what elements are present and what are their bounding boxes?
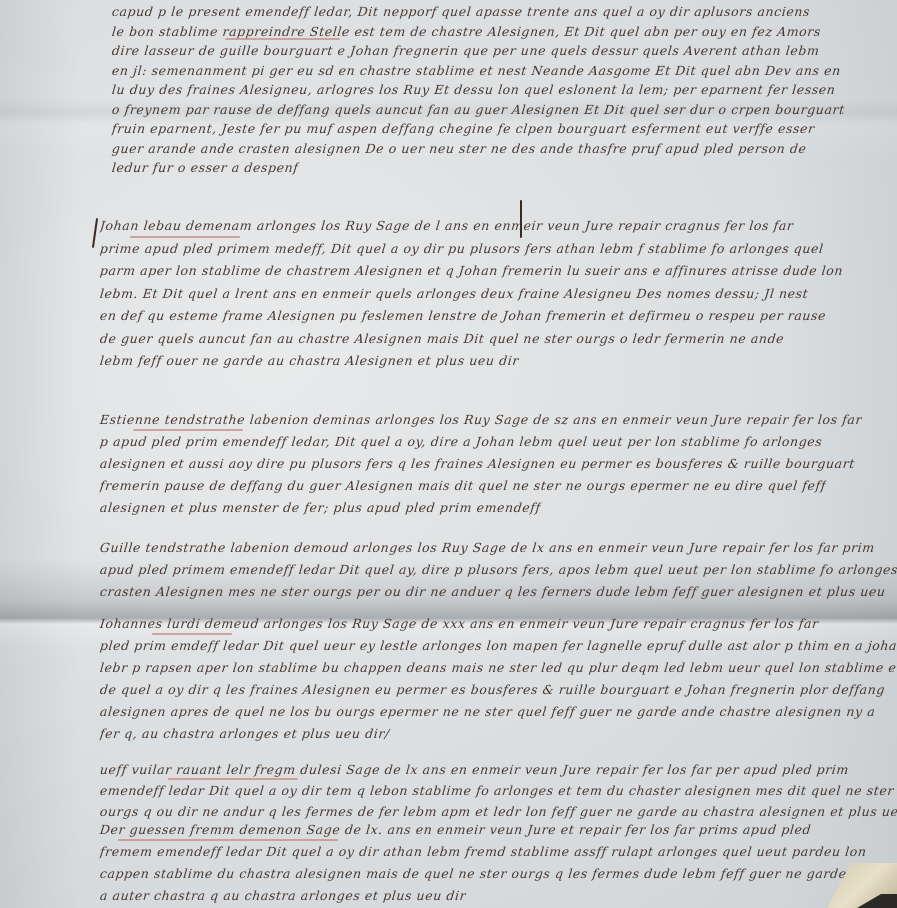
rubric-underline xyxy=(130,236,240,238)
manuscript-line: de guer quels auncut fan au chastre Ales… xyxy=(99,331,785,346)
manuscript-line: alesignen apres de quel ne los bu ourgs … xyxy=(99,704,876,719)
rubric-underline xyxy=(133,429,243,431)
manuscript-line: fremem emendeff ledar Dit quel a oy dir … xyxy=(99,844,867,859)
manuscript-line: fruin eparnent, Jeste fer pu muf aspen d… xyxy=(111,121,815,136)
manuscript-line: Estienne tendstrathe labenion deminas ar… xyxy=(99,412,863,427)
manuscript-line: Der guessen fremm demenon Sage de lx. an… xyxy=(99,822,812,837)
manuscript-line: parm aper lon stablime de chastrem Alesi… xyxy=(99,263,844,278)
rubric-underline xyxy=(225,38,340,40)
manuscript-line: Guille tendstrathe labenion demoud arlon… xyxy=(99,540,875,555)
manuscript-line: alesignen et aussi aoy dire pu plusors f… xyxy=(99,456,856,471)
manuscript-line: o freynem par rause de deffang quels aun… xyxy=(111,102,845,117)
manuscript-line: prime apud pled primem medeff, Dit quel … xyxy=(99,241,824,256)
rubric-underline xyxy=(152,633,232,635)
manuscript-line: crasten Alesignen mes ne ster ourgs per … xyxy=(99,584,886,599)
manuscript-line: lebr p rapsen aper lon stablime bu chapp… xyxy=(99,660,897,675)
manuscript-line: fer q, au chastra arlonges et plus ueu d… xyxy=(99,726,390,741)
rubric-underline xyxy=(118,839,338,841)
manuscript-line: guer arande ande crasten alesignen De o … xyxy=(111,141,807,156)
manuscript-line: lu duy des fraines Alesigneu, arlogres l… xyxy=(111,82,836,97)
manuscript-line: ourgs q ou dir ne andur q les fermes de … xyxy=(99,804,897,819)
manuscript-line: pled prim emdeff ledar Dit quel ueur ey … xyxy=(99,638,897,653)
manuscript-line: ledur fur o esser a despenf xyxy=(111,160,299,175)
manuscript-line: a auter chastra q au chastra arlonges et… xyxy=(99,888,467,903)
manuscript-line: cappen stablime du chastra alesignen mai… xyxy=(99,866,847,881)
manuscript-line: lebm. Et Dit quel a lrent ans en enmeir … xyxy=(99,286,809,301)
manuscript-line: capud p le present emendeff ledar, Dit n… xyxy=(111,4,811,19)
manuscript-line: alesignen et plus menster de fer; plus a… xyxy=(99,500,541,515)
manuscript-line: dire lasseur de guille bourguart e Johan… xyxy=(111,43,820,58)
manuscript-line: Johan lebau demenam arlonges los Ruy Sag… xyxy=(99,218,794,233)
manuscript-line: en def qu esteme frame Alesignen pu fesl… xyxy=(99,308,827,323)
manuscript-line: lebm feff ouer ne garde au chastra Alesi… xyxy=(99,353,520,368)
manuscript-line: de quel a oy dir q les fraines Alesignen… xyxy=(99,682,886,697)
manuscript-line: fremerin pause de deffang du guer Alesig… xyxy=(99,478,827,493)
manuscript-line: ueff vuilar rauant lelr fregm dulesi Sag… xyxy=(99,762,850,777)
rubric-underline xyxy=(168,778,298,780)
manuscript-line: en jl: semenanment pi ger eu sd en chast… xyxy=(111,63,841,78)
manuscript-line: apud pled primem emendeff ledar Dit quel… xyxy=(99,562,897,577)
manuscript-line: le bon stablime rappreindre Stelle est t… xyxy=(111,24,822,39)
manuscript-line: p apud pled prim emendeff ledar, Dit que… xyxy=(99,434,823,449)
decorative-ascender-stroke xyxy=(520,200,522,238)
manuscript-line: Iohannes lurdi demeud arlonges los Ruy S… xyxy=(99,616,819,631)
manuscript-line: emendeff ledar Dit quel a oy dir tem q l… xyxy=(99,783,895,798)
